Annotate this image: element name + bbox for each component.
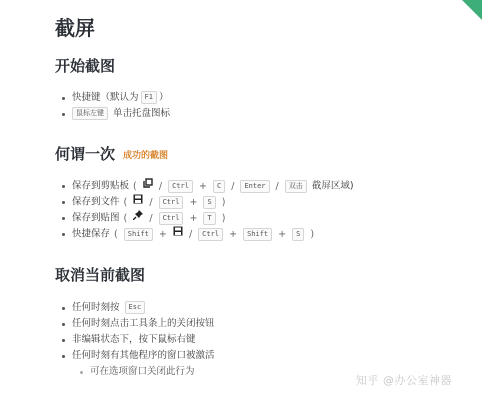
section-heading-cancel: 取消当前截图 [55, 264, 145, 285]
copy-icon [143, 178, 153, 194]
key-left-mouse: 鼠标左键 [72, 107, 108, 120]
key-s: S [203, 196, 215, 209]
key-esc: Esc [125, 301, 146, 314]
corner-ribbon [462, 0, 482, 20]
list-item: 保存到剪贴板 ( / Ctrl + C / Enter / 双击 截屏区域) [60, 178, 354, 194]
save-icon [133, 194, 143, 210]
sub-list-item: 可在选项窗口关闭此行为 [60, 364, 215, 380]
key-ctrl: Ctrl [198, 228, 223, 241]
key-ctrl: Ctrl [168, 180, 193, 193]
page-title: 截屏 [55, 12, 95, 41]
list-item: 保存到文件 ( / Ctrl + S ) [60, 194, 354, 210]
watermark: 知乎 @办公室神器 [356, 372, 452, 388]
key-ctrl: Ctrl [159, 196, 184, 209]
key-shift: Shift [243, 228, 272, 241]
key-enter: Enter [240, 180, 269, 193]
start-list: 快捷键（默认为F1） 鼠标左键 单击托盘图标 [60, 90, 170, 122]
section-heading-start: 开始截图 [55, 55, 115, 76]
pin-icon [133, 210, 143, 226]
key-c: C [213, 180, 225, 193]
list-item: 非编辑状态下，按下鼠标右键 [60, 332, 215, 348]
key-shift: Shift [124, 228, 153, 241]
key-double-click: 双击 [285, 180, 307, 193]
section-heading-what-is-once: 何谓一次成功的截图 [55, 143, 168, 164]
key-t: T [203, 212, 215, 225]
list-item: 任何时刻点击工具条上的关闭按钮 [60, 316, 215, 332]
list-item: 快捷保存 ( Shift + / Ctrl + Shift + S ) [60, 226, 354, 242]
cancel-list: 任何时刻按 Esc 任何时刻点击工具条上的关闭按钮 非编辑状态下，按下鼠标右键 … [60, 300, 215, 380]
key-ctrl: Ctrl [159, 212, 184, 225]
save-list: 保存到剪贴板 ( / Ctrl + C / Enter / 双击 截屏区域) 保… [60, 178, 354, 242]
key-s: S [292, 228, 304, 241]
list-item: 任何时刻有其他程序的窗口被激活 [60, 348, 215, 364]
tag-successful-capture: 成功的截图 [123, 151, 168, 161]
list-item: 鼠标左键 单击托盘图标 [60, 106, 170, 122]
list-item: 快捷键（默认为F1） [60, 90, 170, 106]
list-item: 任何时刻按 Esc [60, 300, 215, 316]
save-icon [173, 226, 183, 242]
list-item: 保存到贴图 ( / Ctrl + T ) [60, 210, 354, 226]
key-f1: F1 [141, 91, 157, 104]
